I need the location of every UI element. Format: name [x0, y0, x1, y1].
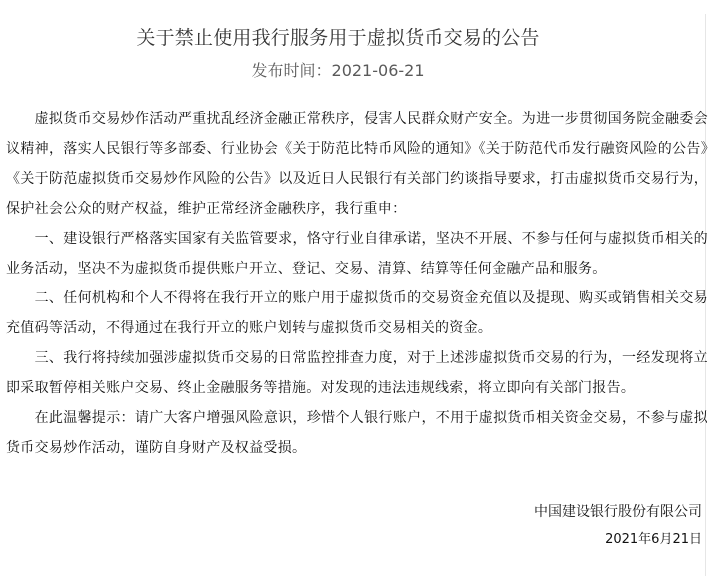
page-title: 关于禁止使用我行服务用于虚拟货币交易的公告: [0, 24, 676, 52]
paragraph-item-1: 一、建设银行严格落实国家有关监管要求，恪守行业自律承诺，坚决不开展、不参与任何与…: [6, 225, 708, 285]
signature-organization: 中国建设银行股份有限公司: [534, 498, 702, 526]
paragraph-item-3: 三、我行将持续加强涉虚拟货币交易的日常监控排查力度，对于上述涉虚拟货币交易的行为…: [6, 344, 708, 404]
publish-date-label: 发布时间：: [252, 61, 332, 80]
signature-block: 中国建设银行股份有限公司 2021年6月21日: [534, 498, 702, 554]
paragraph-intro: 虚拟货币交易炒作活动严重扰乱经济金融正常秩序，侵害人民群众财产安全。为进一步贯彻…: [6, 105, 708, 225]
publish-date: 发布时间：2021-06-21: [0, 58, 676, 84]
article-body: 虚拟货币交易炒作活动严重扰乱经济金融正常秩序，侵害人民群众财产安全。为进一步贯彻…: [6, 105, 708, 464]
signature-date: 2021年6月21日: [534, 526, 702, 554]
publish-date-value: 2021-06-21: [332, 61, 425, 80]
paragraph-item-2: 二、任何机构和个人不得将在我行开立的账户用于虚拟货币的交易资金充值以及提现、购买…: [6, 284, 708, 344]
paragraph-reminder: 在此温馨提示：请广大客户增强风险意识，珍惜个人银行账户，不用于虚拟货币相关资金交…: [6, 404, 708, 464]
